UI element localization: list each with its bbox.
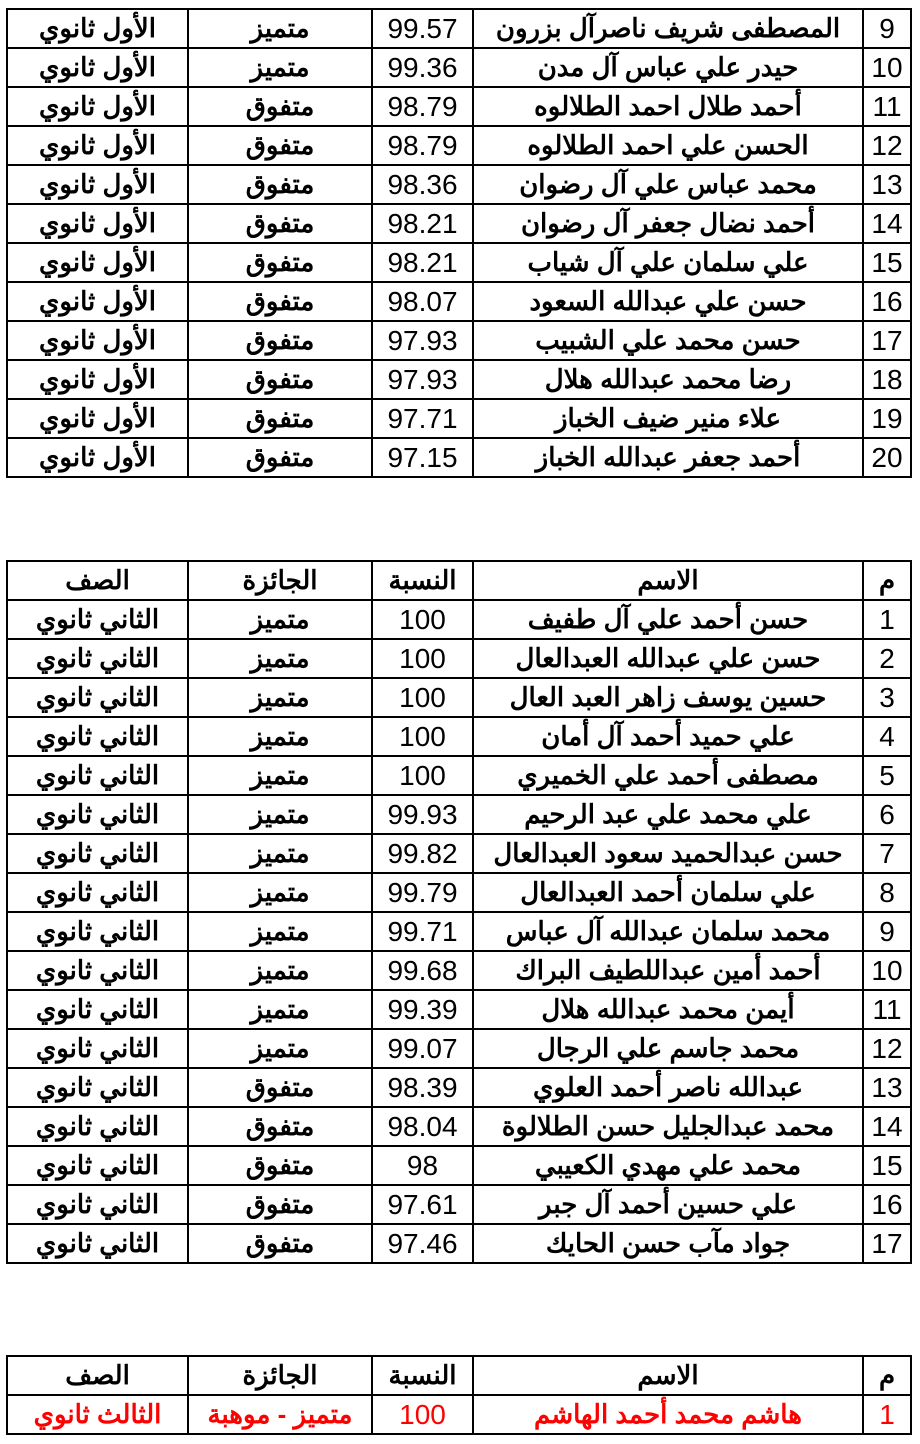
cell-award: متميز bbox=[188, 717, 372, 756]
cell-name: المصطفى شريف ناصرآل بزرون bbox=[473, 9, 863, 48]
column-header-percent: النسبة bbox=[372, 561, 473, 600]
cell-num: 17 bbox=[863, 1224, 911, 1263]
cell-award: متفوق bbox=[188, 126, 372, 165]
cell-num: 15 bbox=[863, 1146, 911, 1185]
student-row: 16حسن علي عبدالله السعود98.07متفوقالأول … bbox=[7, 282, 911, 321]
cell-num: 12 bbox=[863, 126, 911, 165]
cell-percent: 100 bbox=[372, 756, 473, 795]
cell-award: متفوق bbox=[188, 1224, 372, 1263]
cell-grade: الثاني ثانوي bbox=[7, 717, 188, 756]
cell-grade: الثاني ثانوي bbox=[7, 639, 188, 678]
cell-grade: الأول ثانوي bbox=[7, 165, 188, 204]
table-body-grade-2: مالاسمالنسبةالجائزةالصف1حسن أحمد علي آل … bbox=[7, 561, 911, 1263]
cell-num: 12 bbox=[863, 1029, 911, 1068]
cell-num: 1 bbox=[863, 600, 911, 639]
cell-name: حيدر علي عباس آل مدن bbox=[473, 48, 863, 87]
cell-award: متفوق bbox=[188, 243, 372, 282]
cell-award: متفوق bbox=[188, 399, 372, 438]
cell-grade: الأول ثانوي bbox=[7, 360, 188, 399]
student-row: 12الحسن علي احمد الطلالوه98.79متفوقالأول… bbox=[7, 126, 911, 165]
cell-num: 5 bbox=[863, 756, 911, 795]
cell-percent: 97.15 bbox=[372, 438, 473, 477]
cell-name: محمد جاسم علي الرجال bbox=[473, 1029, 863, 1068]
cell-num: 10 bbox=[863, 951, 911, 990]
student-row: 5مصطفى أحمد علي الخميري100متميزالثاني ثا… bbox=[7, 756, 911, 795]
cell-num: 11 bbox=[863, 990, 911, 1029]
student-row: 14أحمد نضال جعفر آل رضوان98.21متفوقالأول… bbox=[7, 204, 911, 243]
cell-award: متفوق bbox=[188, 282, 372, 321]
cell-grade: الأول ثانوي bbox=[7, 438, 188, 477]
honor-roll-page: 9المصطفى شريف ناصرآل بزرون99.57متميزالأو… bbox=[0, 0, 920, 1444]
cell-percent: 97.46 bbox=[372, 1224, 473, 1263]
cell-percent: 97.93 bbox=[372, 321, 473, 360]
cell-grade: الثاني ثانوي bbox=[7, 951, 188, 990]
cell-grade: الثالث ثانوي bbox=[7, 1395, 188, 1434]
cell-award: متميز bbox=[188, 600, 372, 639]
cell-award: متفوق bbox=[188, 321, 372, 360]
student-row: 3حسين يوسف زاهر العبد العال100متميزالثان… bbox=[7, 678, 911, 717]
cell-name: محمد عبدالجليل حسن الطلالوة bbox=[473, 1107, 863, 1146]
cell-name: حسن أحمد علي آل طفيف bbox=[473, 600, 863, 639]
cell-award: متميز bbox=[188, 834, 372, 873]
cell-award: متميز bbox=[188, 873, 372, 912]
cell-name: علي سلمان أحمد العبدالعال bbox=[473, 873, 863, 912]
student-row: 10أحمد أمين عبداللطيف البراك99.68متميزال… bbox=[7, 951, 911, 990]
honor-table-grade-3-secondary: مالاسمالنسبةالجائزةالصف1هاشم محمد أحمد ا… bbox=[6, 1355, 912, 1435]
cell-name: أحمد طلال احمد الطلالوه bbox=[473, 87, 863, 126]
cell-grade: الثاني ثانوي bbox=[7, 1029, 188, 1068]
cell-num: 14 bbox=[863, 1107, 911, 1146]
column-header-name: الاسم bbox=[473, 561, 863, 600]
student-row: 17حسن محمد علي الشبيب97.93متفوقالأول ثان… bbox=[7, 321, 911, 360]
column-header-award: الجائزة bbox=[188, 561, 372, 600]
student-row: 12محمد جاسم علي الرجال99.07متميزالثاني ث… bbox=[7, 1029, 911, 1068]
student-row: 9محمد سلمان عبدالله آل عباس99.71متميزالث… bbox=[7, 912, 911, 951]
column-header-percent: النسبة bbox=[372, 1356, 473, 1395]
cell-percent: 98.04 bbox=[372, 1107, 473, 1146]
cell-name: علي حسين أحمد آل جبر bbox=[473, 1185, 863, 1224]
cell-percent: 99.57 bbox=[372, 9, 473, 48]
column-header-num: م bbox=[863, 561, 911, 600]
cell-percent: 99.36 bbox=[372, 48, 473, 87]
student-row: 11أيمن محمد عبدالله هلال99.39متميزالثاني… bbox=[7, 990, 911, 1029]
student-row: 18رضا محمد عبدالله هلال97.93متفوقالأول ث… bbox=[7, 360, 911, 399]
cell-grade: الثاني ثانوي bbox=[7, 834, 188, 873]
cell-grade: الثاني ثانوي bbox=[7, 912, 188, 951]
cell-name: حسن عبدالحميد سعود العبدالعال bbox=[473, 834, 863, 873]
student-row: 13عبدالله ناصر أحمد العلوي98.39متفوقالثا… bbox=[7, 1068, 911, 1107]
cell-grade: الأول ثانوي bbox=[7, 87, 188, 126]
cell-name: هاشم محمد أحمد الهاشم bbox=[473, 1395, 863, 1434]
cell-percent: 99.39 bbox=[372, 990, 473, 1029]
cell-award: متميز bbox=[188, 9, 372, 48]
cell-award: متميز bbox=[188, 951, 372, 990]
cell-grade: الثاني ثانوي bbox=[7, 678, 188, 717]
cell-num: 9 bbox=[863, 9, 911, 48]
student-row: 2حسن علي عبدالله العبدالعال100متميزالثان… bbox=[7, 639, 911, 678]
honor-table-grade-2-secondary: مالاسمالنسبةالجائزةالصف1حسن أحمد علي آل … bbox=[6, 560, 912, 1264]
student-row: 7حسن عبدالحميد سعود العبدالعال99.82متميز… bbox=[7, 834, 911, 873]
student-row: 20أحمد جعفر عبدالله الخباز97.15متفوقالأو… bbox=[7, 438, 911, 477]
cell-name: حسين يوسف زاهر العبد العال bbox=[473, 678, 863, 717]
cell-name: مصطفى أحمد علي الخميري bbox=[473, 756, 863, 795]
cell-num: 2 bbox=[863, 639, 911, 678]
cell-percent: 99.71 bbox=[372, 912, 473, 951]
cell-grade: الأول ثانوي bbox=[7, 126, 188, 165]
cell-num: 18 bbox=[863, 360, 911, 399]
cell-grade: الثاني ثانوي bbox=[7, 756, 188, 795]
cell-num: 19 bbox=[863, 399, 911, 438]
student-row: 1هاشم محمد أحمد الهاشم100متميز - موهبةال… bbox=[7, 1395, 911, 1434]
student-row: 19علاء منير ضيف الخباز97.71متفوقالأول ثا… bbox=[7, 399, 911, 438]
cell-name: علي حميد أحمد آل أمان bbox=[473, 717, 863, 756]
cell-award: متميز bbox=[188, 990, 372, 1029]
cell-num: 6 bbox=[863, 795, 911, 834]
student-row: 17جواد مآب حسن الحايك97.46متفوقالثاني ثا… bbox=[7, 1224, 911, 1263]
cell-percent: 98.79 bbox=[372, 126, 473, 165]
cell-name: الحسن علي احمد الطلالوه bbox=[473, 126, 863, 165]
student-row: 8علي سلمان أحمد العبدالعال99.79متميزالثا… bbox=[7, 873, 911, 912]
cell-name: محمد علي مهدي الكعيبي bbox=[473, 1146, 863, 1185]
cell-num: 15 bbox=[863, 243, 911, 282]
cell-num: 1 bbox=[863, 1395, 911, 1434]
cell-award: متفوق bbox=[188, 1185, 372, 1224]
cell-grade: الثاني ثانوي bbox=[7, 873, 188, 912]
cell-award: متميز bbox=[188, 678, 372, 717]
cell-award: متميز bbox=[188, 756, 372, 795]
cell-grade: الأول ثانوي bbox=[7, 399, 188, 438]
cell-award: متفوق bbox=[188, 360, 372, 399]
column-header-grade: الصف bbox=[7, 561, 188, 600]
cell-award: متميز bbox=[188, 639, 372, 678]
cell-num: 20 bbox=[863, 438, 911, 477]
cell-award: متفوق bbox=[188, 1107, 372, 1146]
cell-name: عبدالله ناصر أحمد العلوي bbox=[473, 1068, 863, 1107]
cell-grade: الثاني ثانوي bbox=[7, 795, 188, 834]
cell-percent: 100 bbox=[372, 717, 473, 756]
student-row: 1حسن أحمد علي آل طفيف100متميزالثاني ثانو… bbox=[7, 600, 911, 639]
cell-award: متفوق bbox=[188, 165, 372, 204]
cell-num: 10 bbox=[863, 48, 911, 87]
student-row: 11أحمد طلال احمد الطلالوه98.79متفوقالأول… bbox=[7, 87, 911, 126]
cell-percent: 100 bbox=[372, 1395, 473, 1434]
cell-award: متميز bbox=[188, 48, 372, 87]
cell-percent: 99.93 bbox=[372, 795, 473, 834]
cell-award: متفوق bbox=[188, 87, 372, 126]
cell-num: 16 bbox=[863, 282, 911, 321]
cell-award: متفوق bbox=[188, 1146, 372, 1185]
cell-grade: الثاني ثانوي bbox=[7, 990, 188, 1029]
cell-percent: 98.07 bbox=[372, 282, 473, 321]
cell-num: 16 bbox=[863, 1185, 911, 1224]
cell-num: 9 bbox=[863, 912, 911, 951]
student-row: 13محمد عباس علي آل رضوان98.36متفوقالأول … bbox=[7, 165, 911, 204]
cell-num: 11 bbox=[863, 87, 911, 126]
cell-grade: الأول ثانوي bbox=[7, 321, 188, 360]
cell-award: متميز bbox=[188, 1029, 372, 1068]
cell-percent: 98.21 bbox=[372, 243, 473, 282]
cell-name: حسن علي عبدالله السعود bbox=[473, 282, 863, 321]
cell-name: علي سلمان علي آل شياب bbox=[473, 243, 863, 282]
student-row: 9المصطفى شريف ناصرآل بزرون99.57متميزالأو… bbox=[7, 9, 911, 48]
student-row: 15علي سلمان علي آل شياب98.21متفوقالأول ث… bbox=[7, 243, 911, 282]
cell-name: محمد عباس علي آل رضوان bbox=[473, 165, 863, 204]
cell-percent: 97.93 bbox=[372, 360, 473, 399]
cell-name: علاء منير ضيف الخباز bbox=[473, 399, 863, 438]
cell-percent: 99.82 bbox=[372, 834, 473, 873]
cell-grade: الثاني ثانوي bbox=[7, 1146, 188, 1185]
cell-grade: الثاني ثانوي bbox=[7, 1068, 188, 1107]
student-row: 10حيدر علي عباس آل مدن99.36متميزالأول ثا… bbox=[7, 48, 911, 87]
cell-name: جواد مآب حسن الحايك bbox=[473, 1224, 863, 1263]
cell-grade: الثاني ثانوي bbox=[7, 1107, 188, 1146]
header-row: مالاسمالنسبةالجائزةالصف bbox=[7, 561, 911, 600]
cell-name: علي محمد علي عبد الرحيم bbox=[473, 795, 863, 834]
column-header-num: م bbox=[863, 1356, 911, 1395]
cell-award: متفوق bbox=[188, 1068, 372, 1107]
cell-num: 3 bbox=[863, 678, 911, 717]
cell-grade: الثاني ثانوي bbox=[7, 600, 188, 639]
cell-award: متفوق bbox=[188, 204, 372, 243]
cell-grade: الأول ثانوي bbox=[7, 204, 188, 243]
column-header-name: الاسم bbox=[473, 1356, 863, 1395]
cell-award: متميز - موهبة bbox=[188, 1395, 372, 1434]
cell-percent: 98.21 bbox=[372, 204, 473, 243]
cell-percent: 97.61 bbox=[372, 1185, 473, 1224]
cell-name: حسن محمد علي الشبيب bbox=[473, 321, 863, 360]
cell-grade: الثاني ثانوي bbox=[7, 1185, 188, 1224]
cell-num: 4 bbox=[863, 717, 911, 756]
cell-percent: 99.79 bbox=[372, 873, 473, 912]
student-row: 15محمد علي مهدي الكعيبي98متفوقالثاني ثان… bbox=[7, 1146, 911, 1185]
cell-award: متفوق bbox=[188, 438, 372, 477]
student-row: 6علي محمد علي عبد الرحيم99.93متميزالثاني… bbox=[7, 795, 911, 834]
cell-percent: 98.36 bbox=[372, 165, 473, 204]
cell-grade: الأول ثانوي bbox=[7, 243, 188, 282]
cell-award: متميز bbox=[188, 912, 372, 951]
header-row: مالاسمالنسبةالجائزةالصف bbox=[7, 1356, 911, 1395]
cell-name: أحمد جعفر عبدالله الخباز bbox=[473, 438, 863, 477]
cell-name: حسن علي عبدالله العبدالعال bbox=[473, 639, 863, 678]
column-header-grade: الصف bbox=[7, 1356, 188, 1395]
cell-grade: الأول ثانوي bbox=[7, 282, 188, 321]
cell-num: 7 bbox=[863, 834, 911, 873]
cell-num: 17 bbox=[863, 321, 911, 360]
cell-name: أحمد نضال جعفر آل رضوان bbox=[473, 204, 863, 243]
cell-name: محمد سلمان عبدالله آل عباس bbox=[473, 912, 863, 951]
cell-percent: 99.68 bbox=[372, 951, 473, 990]
cell-percent: 98.79 bbox=[372, 87, 473, 126]
cell-grade: الثاني ثانوي bbox=[7, 1224, 188, 1263]
column-header-award: الجائزة bbox=[188, 1356, 372, 1395]
cell-name: أحمد أمين عبداللطيف البراك bbox=[473, 951, 863, 990]
table-body-grade-1: 9المصطفى شريف ناصرآل بزرون99.57متميزالأو… bbox=[7, 9, 911, 477]
cell-percent: 100 bbox=[372, 600, 473, 639]
cell-name: رضا محمد عبدالله هلال bbox=[473, 360, 863, 399]
table-body-grade-3: مالاسمالنسبةالجائزةالصف1هاشم محمد أحمد ا… bbox=[7, 1356, 911, 1434]
student-row: 16علي حسين أحمد آل جبر97.61متفوقالثاني ث… bbox=[7, 1185, 911, 1224]
cell-grade: الأول ثانوي bbox=[7, 48, 188, 87]
cell-percent: 98.39 bbox=[372, 1068, 473, 1107]
cell-num: 14 bbox=[863, 204, 911, 243]
student-row: 14محمد عبدالجليل حسن الطلالوة98.04متفوقا… bbox=[7, 1107, 911, 1146]
cell-award: متميز bbox=[188, 795, 372, 834]
cell-percent: 98 bbox=[372, 1146, 473, 1185]
cell-percent: 100 bbox=[372, 639, 473, 678]
cell-num: 13 bbox=[863, 165, 911, 204]
cell-name: أيمن محمد عبدالله هلال bbox=[473, 990, 863, 1029]
cell-percent: 99.07 bbox=[372, 1029, 473, 1068]
honor-table-grade-1-secondary: 9المصطفى شريف ناصرآل بزرون99.57متميزالأو… bbox=[6, 8, 912, 478]
student-row: 4علي حميد أحمد آل أمان100متميزالثاني ثان… bbox=[7, 717, 911, 756]
cell-num: 13 bbox=[863, 1068, 911, 1107]
cell-grade: الأول ثانوي bbox=[7, 9, 188, 48]
cell-num: 8 bbox=[863, 873, 911, 912]
cell-percent: 97.71 bbox=[372, 399, 473, 438]
cell-percent: 100 bbox=[372, 678, 473, 717]
